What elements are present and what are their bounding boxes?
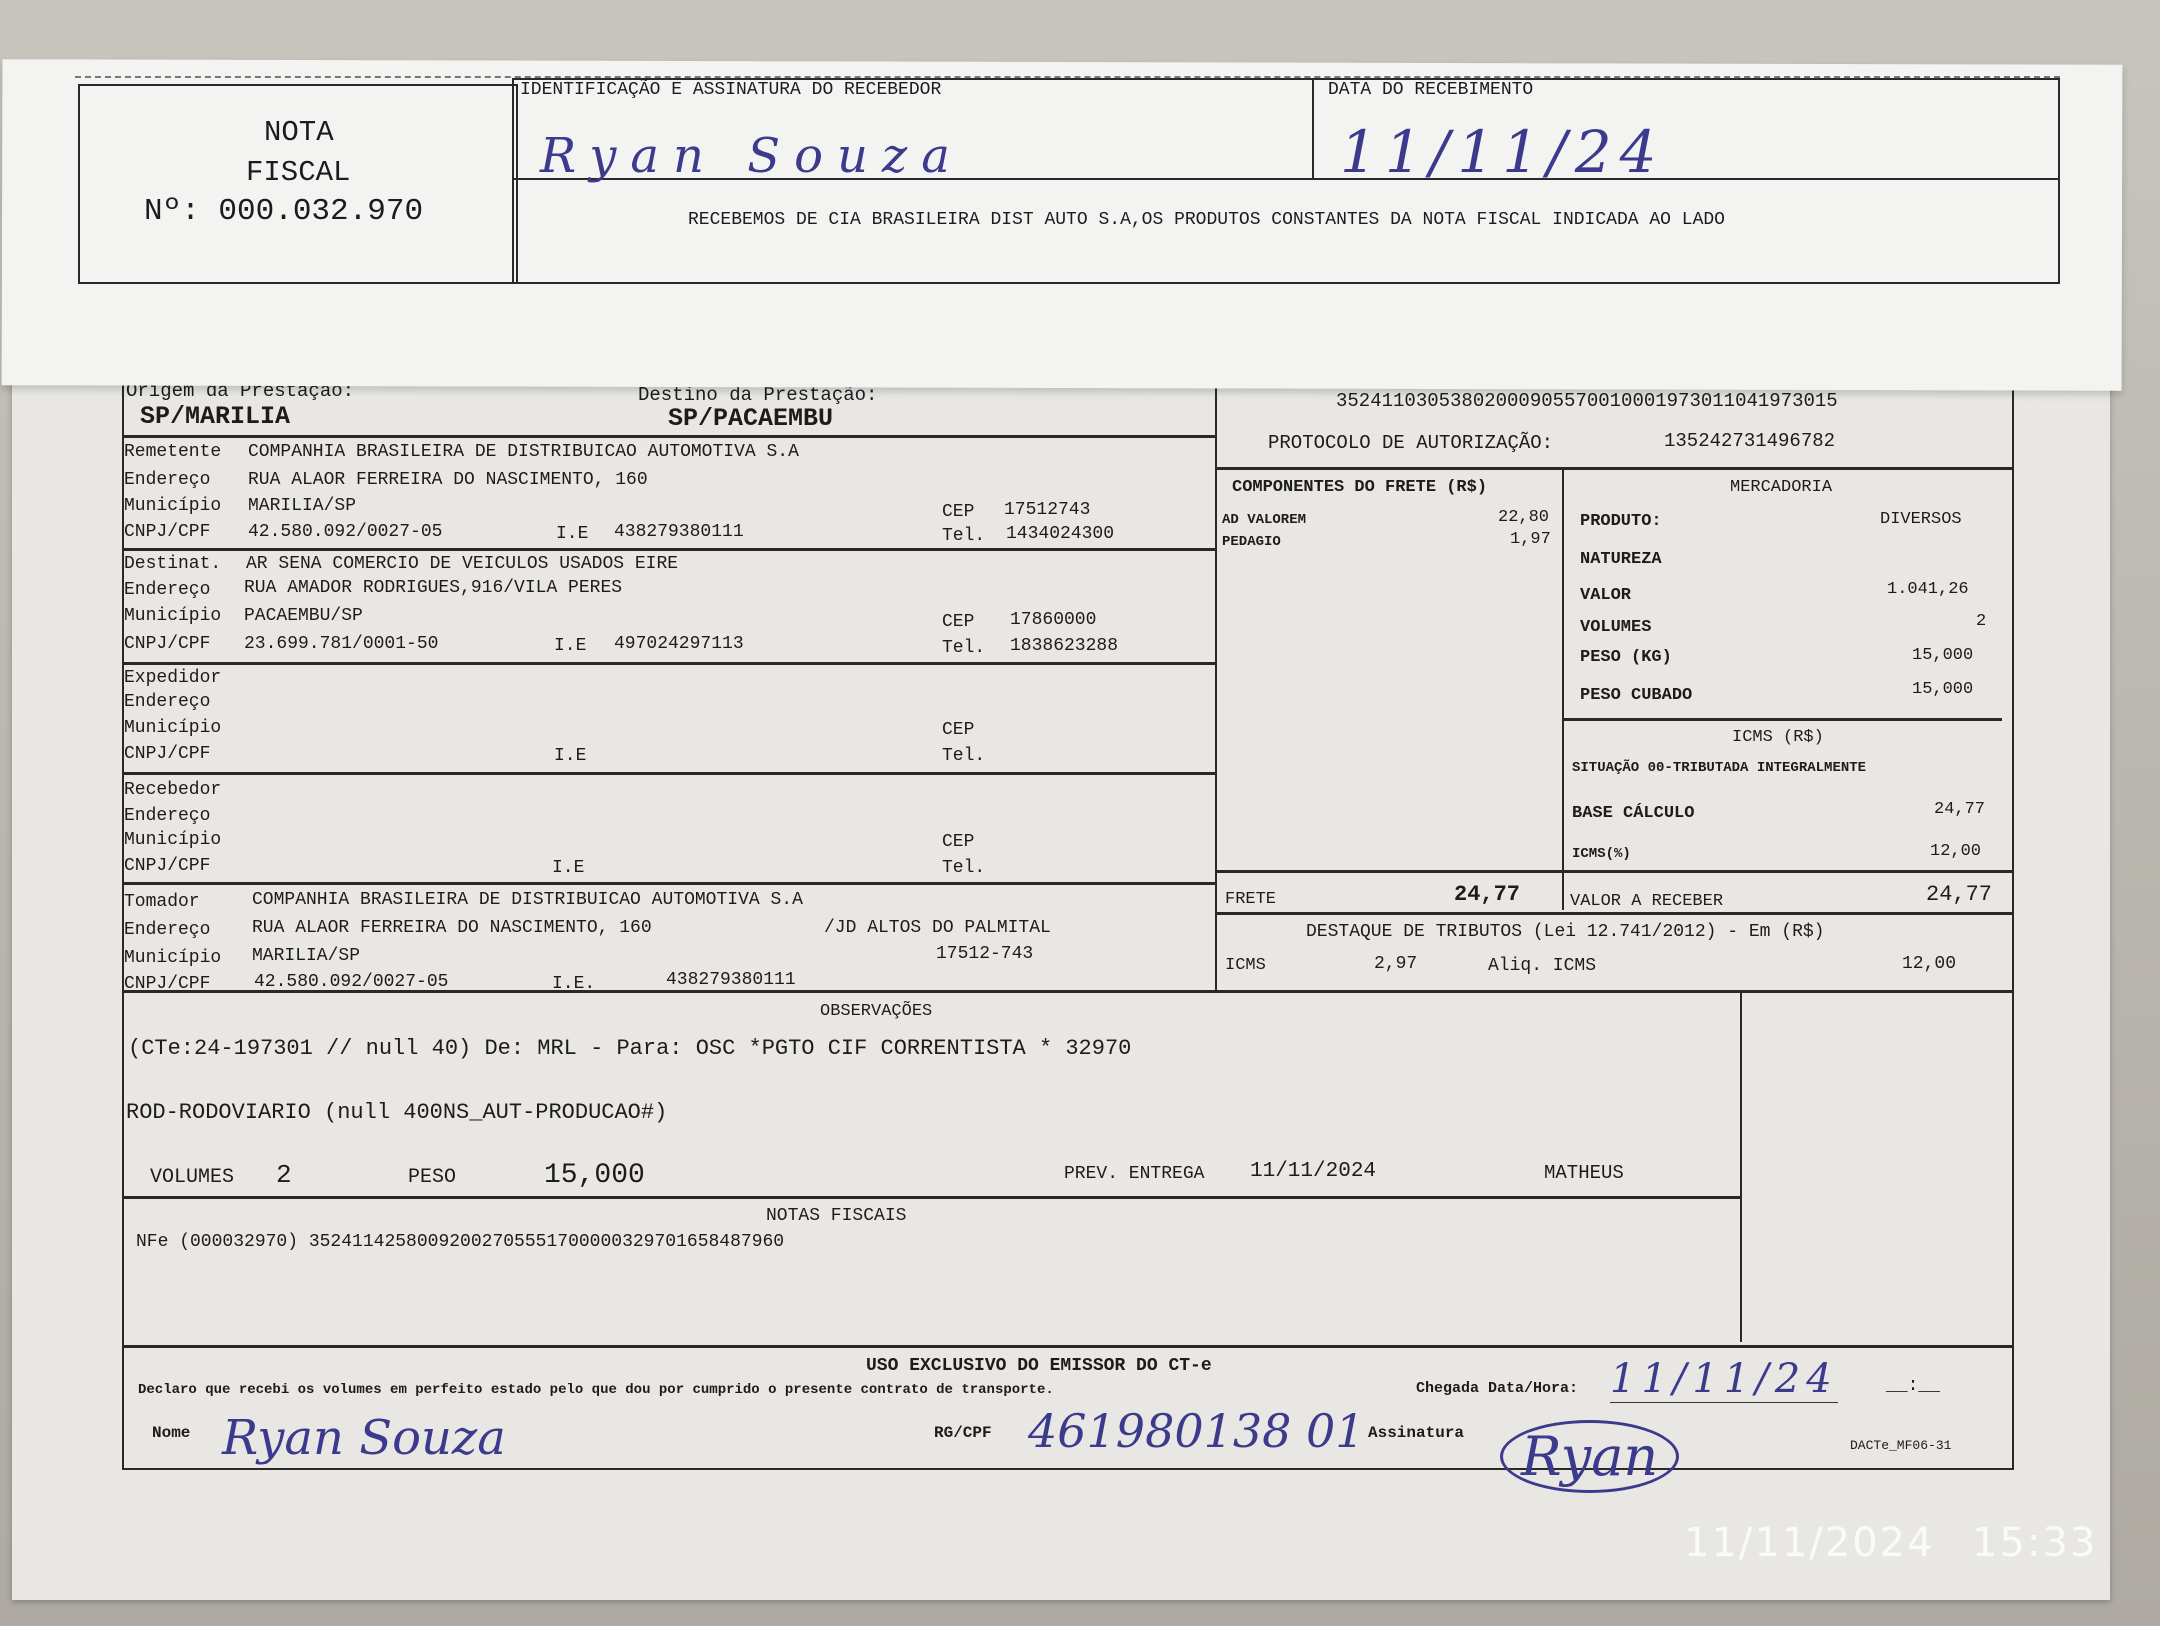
recebedor-municipio-label: Município (124, 830, 221, 850)
prev-entrega-value: 11/11/2024 (1250, 1160, 1376, 1183)
icms-situacao: SITUAÇÃO 00-TRIBUTADA INTEGRALMENTE (1572, 760, 1866, 776)
tomador-name: COMPANHIA BRASILEIRA DE DISTRIBUICAO AUT… (252, 890, 803, 910)
expedidor-ie-label: I.E (554, 746, 586, 766)
nfe-line: NFe (000032970) 352411425800920027055517… (136, 1232, 784, 1252)
rg-value[interactable]: 461980138 01 (1028, 1404, 1365, 1458)
photo-time-stamp: 15:33 (1972, 1520, 2097, 1566)
componente-label-ad-valorem: AD VALOREM (1222, 512, 1306, 528)
divider (122, 882, 1217, 885)
divider (122, 1345, 2014, 1348)
expedidor-label: Expedidor (124, 668, 221, 688)
responsavel: MATHEUS (1544, 1162, 1624, 1184)
divider (122, 662, 1217, 665)
divider (122, 548, 1217, 551)
valor-label: VALOR (1580, 586, 1631, 605)
mercadoria-title: MERCADORIA (1730, 478, 1832, 497)
remetente-municipio-label: Município (124, 496, 221, 516)
base-calculo-label: BASE CÁLCULO (1572, 804, 1694, 823)
destinatario-tel-label: Tel. (942, 638, 985, 658)
destinatario-cep-label: CEP (942, 612, 974, 632)
icms-percent-value: 12,00 (1930, 842, 1981, 861)
recebedor-endereco-label: Endereço (124, 806, 210, 826)
obs-volumes-value: 2 (276, 1160, 292, 1190)
divider (1740, 990, 1742, 1342)
date-label: DATA DO RECEBIMENTO (1328, 80, 1533, 100)
divider (1215, 870, 2014, 873)
declaro-text: Declaro que recebi os volumes em perfeit… (138, 1382, 1054, 1398)
recebedor-cnpj-label: CNPJ/CPF (124, 856, 210, 876)
valor-receber-label: VALOR A RECEBER (1570, 892, 1723, 911)
date-value[interactable]: 11/11/24 (1340, 118, 1665, 186)
destinatario-municipio-label: Município (124, 606, 221, 626)
divider (1215, 912, 2014, 915)
expedidor-endereco-label: Endereço (124, 692, 210, 712)
divider (1562, 718, 2002, 721)
destinatario-ie-label: I.E (554, 636, 586, 656)
tomador-endereco: RUA ALAOR FERREIRA DO NASCIMENTO, 160 (252, 918, 652, 938)
tributos-title: DESTAQUE DE TRIBUTOS (Lei 12.741/2012) -… (1306, 922, 1824, 942)
remetente-municipio: MARILIA/SP (248, 496, 356, 516)
remetente-cep: 17512743 (1004, 500, 1090, 520)
observacoes-title: OBSERVAÇÕES (820, 1002, 932, 1021)
uso-exclusivo-title: USO EXCLUSIVO DO EMISSOR DO CT-e (866, 1356, 1212, 1376)
ident-label: IDENTIFICAÇÃO E ASSINATURA DO RECEBEDOR (520, 80, 941, 100)
destinatario-label: Destinat. (124, 554, 221, 574)
obs-volumes-label: VOLUMES (150, 1166, 234, 1189)
recebedor-tel-label: Tel. (942, 858, 985, 878)
frete-label: FRETE (1225, 890, 1276, 909)
tomador-endereco-label: Endereço (124, 920, 210, 940)
ident-signature[interactable]: Ryan Souza (540, 128, 964, 184)
componente-value-pedagio: 1,97 (1510, 530, 1551, 549)
destino-value: SP/PACAEMBU (668, 404, 833, 433)
destinatario-municipio: PACAEMBU/SP (244, 606, 363, 626)
remetente-cnpj: 42.580.092/0027-05 (248, 522, 442, 542)
remetente-endereco: RUA ALAOR FERREIRA DO NASCIMENTO, 160 (248, 470, 648, 490)
access-key: 3524110305380200090557001000197301104197… (1336, 390, 1838, 412)
remetente-endereco-label: Endereço (124, 470, 210, 490)
observacoes-line2: ROD-RODOVIARIO (null 400NS_AUT-PRODUCAO#… (126, 1100, 667, 1125)
origem-value: SP/MARILIA (140, 402, 290, 431)
divider (1215, 370, 1217, 992)
assinatura-label: Assinatura (1368, 1424, 1464, 1442)
remetente-tel-label: Tel. (942, 526, 985, 546)
remetente-ie-label: I.E (556, 524, 588, 544)
nome-value[interactable]: Ryan Souza (222, 1410, 506, 1466)
observacoes-line1: (CTe:24-197301 // null 40) De: MRL - Par… (128, 1036, 1131, 1061)
tomador-municipio-label: Município (124, 948, 221, 968)
remetente-label: Remetente (124, 442, 221, 462)
expedidor-tel-label: Tel. (942, 746, 985, 766)
obs-peso-value: 15,000 (544, 1160, 645, 1191)
nome-label: Nome (152, 1424, 190, 1442)
volumes-value: 2 (1976, 612, 1986, 631)
tributos-aliq-label: Aliq. ICMS (1488, 956, 1596, 976)
notas-fiscais-title: NOTAS FISCAIS (766, 1206, 906, 1226)
componente-value-ad-valorem: 22,80 (1498, 508, 1549, 527)
remetente-ie: 438279380111 (614, 522, 744, 542)
componente-label-pedagio: PEDAGIO (1222, 534, 1281, 550)
protocolo-value: 135242731496782 (1664, 430, 1835, 452)
obs-peso-label: PESO (408, 1166, 456, 1189)
divider (122, 772, 1217, 775)
tributos-aliq-value: 12,00 (1902, 954, 1956, 974)
natureza-label: NATUREZA (1580, 550, 1662, 569)
form-code: DACTe_MF06-31 (1850, 1438, 1951, 1453)
expedidor-cnpj-label: CNPJ/CPF (124, 744, 210, 764)
remetente-cep-label: CEP (942, 502, 974, 522)
nf-title-line2: FISCAL (246, 156, 350, 189)
base-calculo-value: 24,77 (1934, 800, 1985, 819)
frete-value: 24,77 (1454, 882, 1520, 907)
volumes-label: VOLUMES (1580, 618, 1651, 637)
nf-title-line1: NOTA (264, 116, 334, 149)
protocolo-label: PROTOCOLO DE AUTORIZAÇÃO: (1268, 432, 1553, 454)
remetente-cnpj-label: CNPJ/CPF (124, 522, 210, 542)
tomador-label: Tomador (124, 892, 200, 912)
produto-label: PRODUTO: (1580, 512, 1662, 531)
divider (122, 1196, 1742, 1199)
remetente-tel: 1434024300 (1006, 524, 1114, 544)
tributos-icms-label: ICMS (1225, 956, 1266, 975)
tomador-municipio: MARILIA/SP (252, 946, 360, 966)
peso-cubado-label: PESO CUBADO (1580, 686, 1692, 705)
assinatura-value[interactable]: Ryan (1500, 1420, 1679, 1493)
tomador-ie: 438279380111 (666, 970, 796, 990)
divider (1312, 78, 1314, 180)
rg-label: RG/CPF (934, 1424, 992, 1442)
tributos-icms-value: 2,97 (1374, 954, 1417, 974)
destinatario-cnpj-label: CNPJ/CPF (124, 634, 210, 654)
destinatario-ie: 497024297113 (614, 634, 744, 654)
recebedor-cep-label: CEP (942, 832, 974, 852)
prev-entrega-label: PREV. ENTREGA (1064, 1164, 1204, 1184)
chegada-label: Chegada Data/Hora: (1416, 1380, 1578, 1397)
divider (1562, 467, 1564, 907)
destinatario-endereco-label: Endereço (124, 580, 210, 600)
destinatario-cnpj: 23.699.781/0001-50 (244, 634, 438, 654)
peso-cubado-value: 15,000 (1912, 680, 1973, 699)
receipt-text: RECEBEMOS DE CIA BRASILEIRA DIST AUTO S.… (688, 210, 1725, 230)
icms-title: ICMS (R$) (1732, 728, 1824, 747)
chegada-hora[interactable]: __:__ (1886, 1376, 1940, 1396)
tomador-cep: 17512-743 (936, 944, 1033, 964)
divider (1215, 467, 2014, 470)
divider (1562, 870, 1564, 910)
peso-value: 15,000 (1912, 646, 1973, 665)
peso-label: PESO (KG) (1580, 648, 1672, 667)
recebedor-label: Recebedor (124, 780, 221, 800)
destinatario-name: AR SENA COMERCIO DE VEICULOS USADOS EIRE (246, 554, 678, 574)
photo-date-stamp: 11/11/2024 (1684, 1520, 1935, 1566)
valor-value: 1.041,26 (1887, 580, 1969, 599)
recebedor-ie-label: I.E (552, 858, 584, 878)
tomador-cnpj: 42.580.092/0027-05 (254, 972, 448, 992)
expedidor-municipio-label: Município (124, 718, 221, 738)
destinatario-cep: 17860000 (1010, 610, 1096, 630)
tomador-bairro: /JD ALTOS DO PALMITAL (824, 918, 1051, 938)
destinatario-tel: 1838623288 (1010, 636, 1118, 656)
chegada-value[interactable]: 11/11/24 (1610, 1356, 1838, 1403)
divider (122, 435, 1217, 438)
remetente-name: COMPANHIA BRASILEIRA DE DISTRIBUICAO AUT… (248, 442, 799, 462)
valor-receber-value: 24,77 (1926, 882, 1992, 907)
nf-number: Nº: 000.032.970 (144, 194, 423, 229)
produto-value: DIVERSOS (1880, 510, 1962, 529)
icms-percent-label: ICMS(%) (1572, 846, 1631, 862)
divider (122, 990, 2014, 993)
componentes-title: COMPONENTES DO FRETE (R$) (1232, 478, 1487, 497)
destinatario-endereco: RUA AMADOR RODRIGUES,916/VILA PERES (244, 578, 622, 598)
expedidor-cep-label: CEP (942, 720, 974, 740)
